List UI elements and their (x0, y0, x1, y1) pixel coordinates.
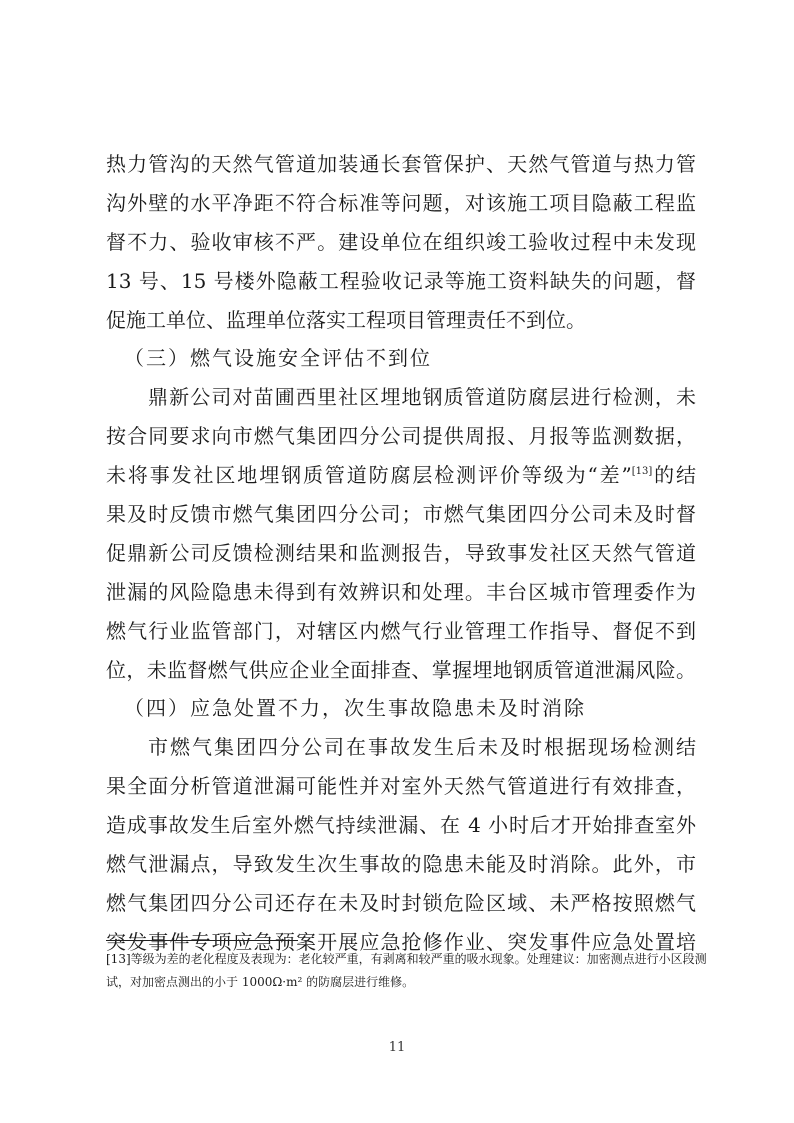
document-page: 热力管沟的天然气管道加装通长套管保护、天然气管道与热力管 沟外壁的水平净距不符合… (0, 0, 794, 1123)
text-line: 按合同要求向市燃气集团四分公司提供周报、月报等监测数据， (106, 417, 696, 456)
text-line: 13 号、15 号楼外隐蔽工程验收记录等施工资料缺失的问题，督 (106, 262, 696, 301)
text-line: 督不力、验收审核不严。建设单位在组织竣工验收过程中未发现 (106, 223, 696, 262)
footnote: [13]等级为差的老化程度及表现为：老化较严重，有剥离和较严重的吸水现象。处理建… (106, 948, 696, 994)
footnote-line: 试，对加密点测出的小于 1000Ω·m² 的防腐层进行维修。 (106, 971, 696, 994)
text-line: 市燃气集团四分公司在事故发生后未及时根据现场检测结 (106, 728, 696, 767)
section-heading-4: （四）应急处置不力，次生事故隐患未及时消除 (106, 689, 696, 728)
text-line: 泄漏的风险隐患未得到有效辨识和处理。丰台区城市管理委作为 (106, 573, 696, 612)
page-number: 11 (0, 1040, 794, 1055)
text-line: 果全面分析管道泄漏可能性并对室外天然气管道进行有效排查， (106, 767, 696, 806)
section-heading-3: （三）燃气设施安全评估不到位 (106, 339, 696, 378)
text-segment: 未将事发社区地埋钢质管道防腐层检测评价等级为“差” (106, 463, 632, 487)
text-line: 燃气行业监管部门，对辖区内燃气行业管理工作指导、督促不到 (106, 612, 696, 651)
text-line: 促施工单位、监理单位落实工程项目管理责任不到位。 (106, 301, 696, 340)
text-line: 果及时反馈市燃气集团四分公司；市燃气集团四分公司未及时督 (106, 495, 696, 534)
text-line: 热力管沟的天然气管道加装通长套管保护、天然气管道与热力管 (106, 145, 696, 184)
text-line-with-footnote: 未将事发社区地埋钢质管道防腐层检测评价等级为“差”[13]的结 (106, 456, 696, 495)
footnote-line: [13]等级为差的老化程度及表现为：老化较严重，有剥离和较严重的吸水现象。处理建… (106, 948, 696, 971)
text-line: 燃气泄漏点，导致发生次生事故的隐患未能及时消除。此外，市 (106, 845, 696, 884)
footnote-reference[interactable]: [13] (632, 466, 653, 477)
body-text: 热力管沟的天然气管道加装通长套管保护、天然气管道与热力管 沟外壁的水平净距不符合… (106, 145, 696, 962)
text-line: 促鼎新公司反馈检测结果和监测报告，导致事发社区天然气管道 (106, 534, 696, 573)
text-segment: 的结 (652, 463, 696, 487)
text-line: 燃气集团四分公司还存在未及时封锁危险区域、未严格按照燃气 (106, 884, 696, 923)
text-line: 鼎新公司对苗圃西里社区埋地钢质管道防腐层进行检测，未 (106, 378, 696, 417)
text-line: 沟外壁的水平净距不符合标准等问题，对该施工项目隐蔽工程监 (106, 184, 696, 223)
text-line: 造成事故发生后室外燃气持续泄漏、在 4 小时后才开始排查室外 (106, 806, 696, 845)
footnote-separator (106, 940, 298, 941)
text-line: 位，未监督燃气供应企业全面排查、掌握埋地钢质管道泄漏风险。 (106, 651, 696, 690)
